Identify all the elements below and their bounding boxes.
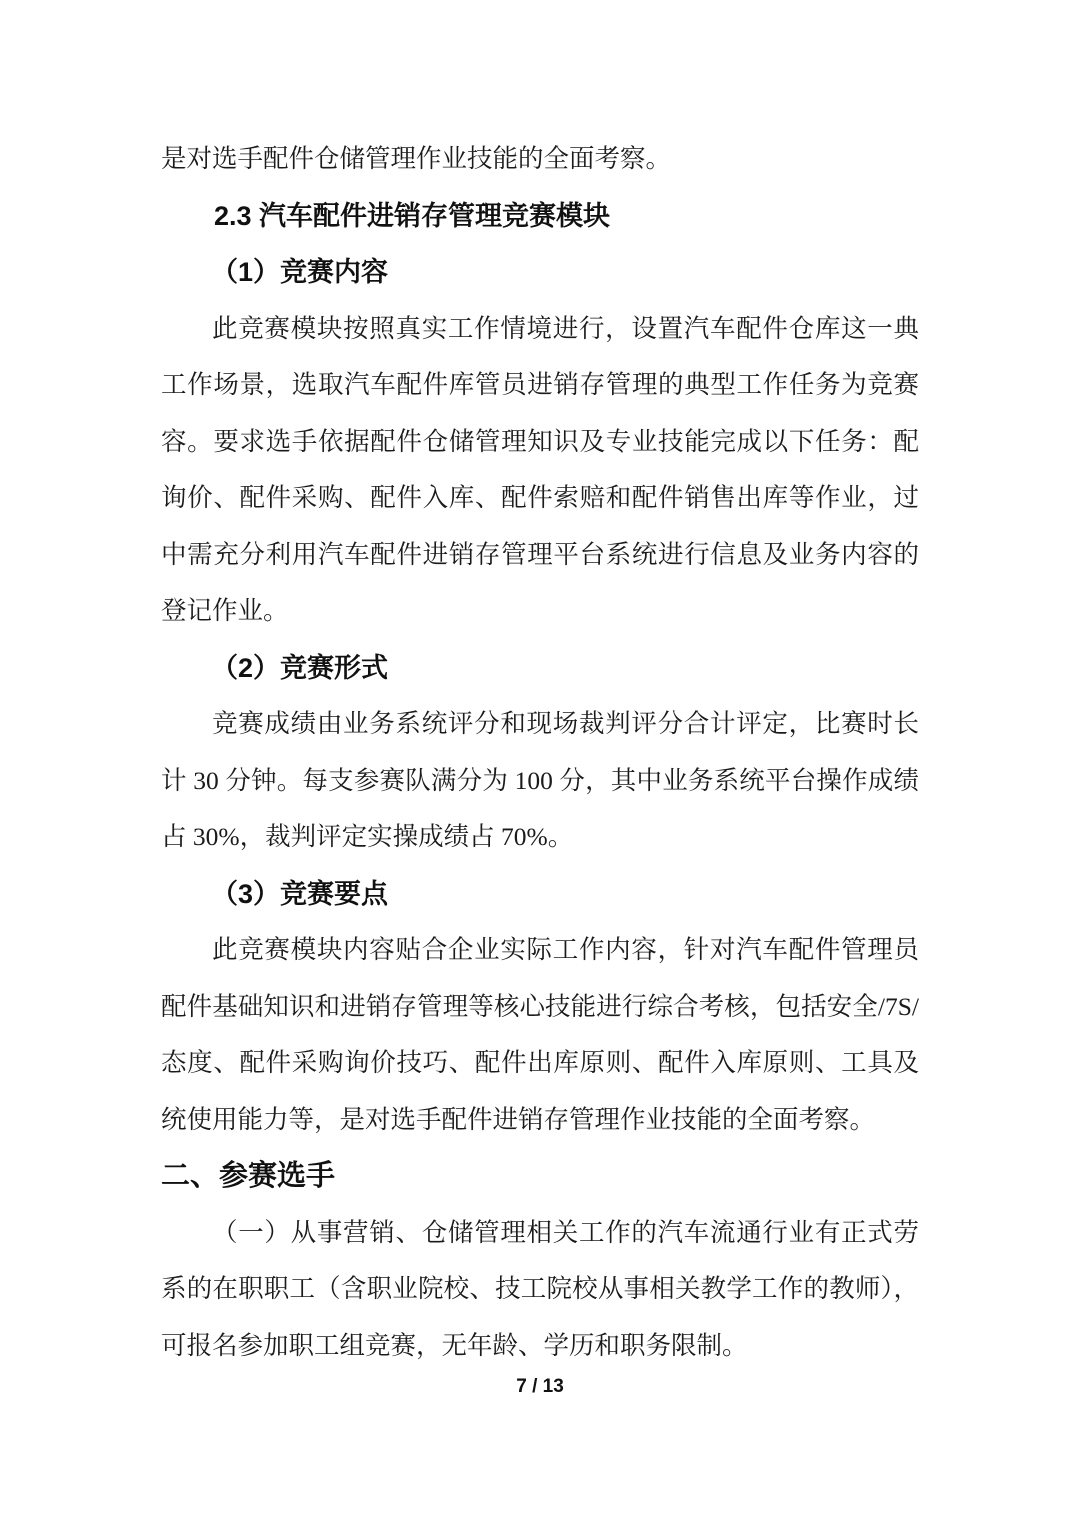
- paragraph-last-line: 可报名参加职工组竞赛，无年龄、学历和职务限制。: [161, 1318, 919, 1375]
- subheading-competition-keypoints: （3）竞赛要点: [211, 866, 919, 923]
- paragraph-line: 态度、配件采购询价技巧、配件出库原则、配件入库原则、工具及系: [161, 1035, 919, 1092]
- paragraph-last-line: 统使用能力等，是对选手配件进销存管理作业技能的全面考察。: [161, 1092, 919, 1149]
- subheading-competition-format: （2）竞赛形式: [211, 640, 919, 697]
- paragraph-line: 此竞赛模块内容贴合企业实际工作内容，针对汽车配件管理员的: [161, 922, 919, 979]
- paragraph-last-line: 登记作业。: [161, 583, 919, 640]
- paragraph-line: 中需充分利用汽车配件进销存管理平台系统进行信息及业务内容的: [161, 527, 919, 584]
- paragraph-line: 工作场景，选取汽车配件库管员进销存管理的典型工作任务为竞赛内: [161, 357, 919, 414]
- section-heading-participants: 二、参赛选手: [161, 1148, 919, 1205]
- page-number: 7 / 13: [0, 1372, 1080, 1402]
- heading-2-3-module: 2.3 汽车配件进销存管理竞赛模块: [214, 188, 919, 245]
- paragraph-line: 询价、配件采购、配件入库、配件索赔和配件销售出库等作业，过程: [161, 470, 919, 527]
- paragraph-line: 容。要求选手依据配件仓储管理知识及专业技能完成以下任务：配件: [161, 414, 919, 471]
- paragraph-last-line: 占 30%，裁判评定实操成绩占 70%。: [161, 809, 919, 866]
- paragraph-line: 配件基础知识和进销存管理等核心技能进行综合考核，包括安全/7S/: [161, 979, 919, 1036]
- subheading-competition-content: （1）竞赛内容: [211, 244, 919, 301]
- paragraph-line: 计 30 分钟。每支参赛队满分为 100 分，其中业务系统平台操作成绩: [161, 753, 919, 810]
- document-content: 是对选手配件仓储管理作业技能的全面考察。 2.3 汽车配件进销存管理竞赛模块 （…: [161, 131, 919, 1374]
- paragraph-line: 系的在职职工（含职业院校、技工院校从事相关教学工作的教师），: [161, 1261, 919, 1318]
- paragraph-line: 此竞赛模块按照真实工作情境进行，设置汽车配件仓库这一典型: [161, 301, 919, 358]
- document-page: 是对选手配件仓储管理作业技能的全面考察。 2.3 汽车配件进销存管理竞赛模块 （…: [0, 0, 1080, 1527]
- paragraph-continuation-line: 是对选手配件仓储管理作业技能的全面考察。: [161, 131, 919, 188]
- paragraph-line: （一）从事营销、仓储管理相关工作的汽车流通行业有正式劳动关: [161, 1205, 919, 1262]
- paragraph-line: 竞赛成绩由业务系统评分和现场裁判评分合计评定，比赛时长共: [161, 696, 919, 753]
